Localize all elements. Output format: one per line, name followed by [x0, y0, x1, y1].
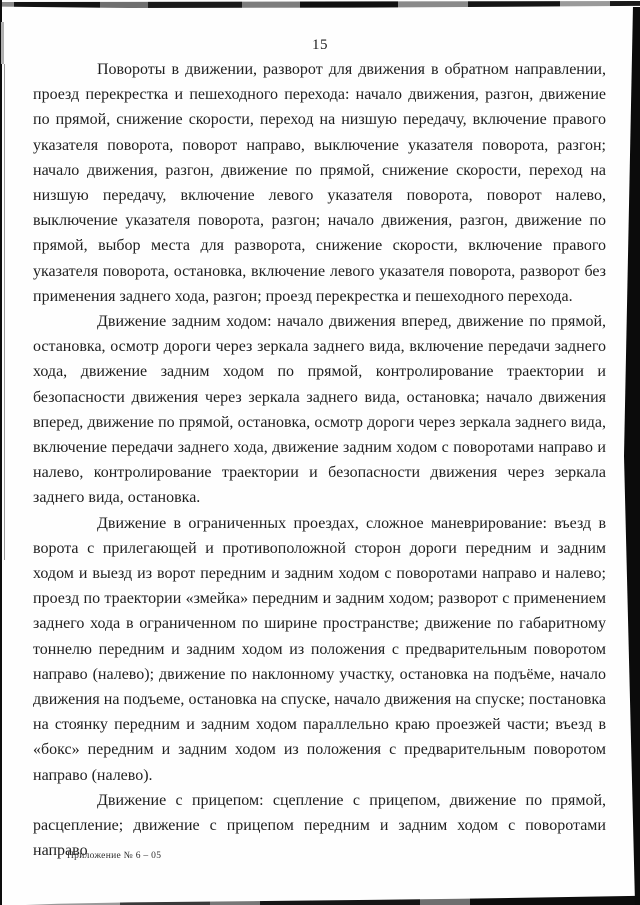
paragraph-reversing: Движение задним ходом: начало движения в…: [33, 309, 606, 511]
scanned-document-page: 15 Повороты в движении, разворот для дви…: [0, 0, 640, 905]
page-number: 15: [0, 37, 640, 54]
paragraph-turns-in-motion: Повороты в движении, разворот для движен…: [33, 57, 606, 309]
scan-edge-right: [624, 7, 640, 905]
scan-edge-left-gray-line: [4, 64, 5, 560]
footer-annotation: Приложение № 6 – 05: [67, 851, 161, 861]
scan-edge-left: [0, 0, 2, 905]
document-body: Повороты в движении, разворот для движен…: [33, 57, 606, 864]
scan-edge-top: [0, 1, 640, 8]
paragraph-restricted-passages: Движение в ограниченных проездах, сложно…: [33, 511, 606, 788]
scan-edge-bottom: [0, 895, 640, 905]
